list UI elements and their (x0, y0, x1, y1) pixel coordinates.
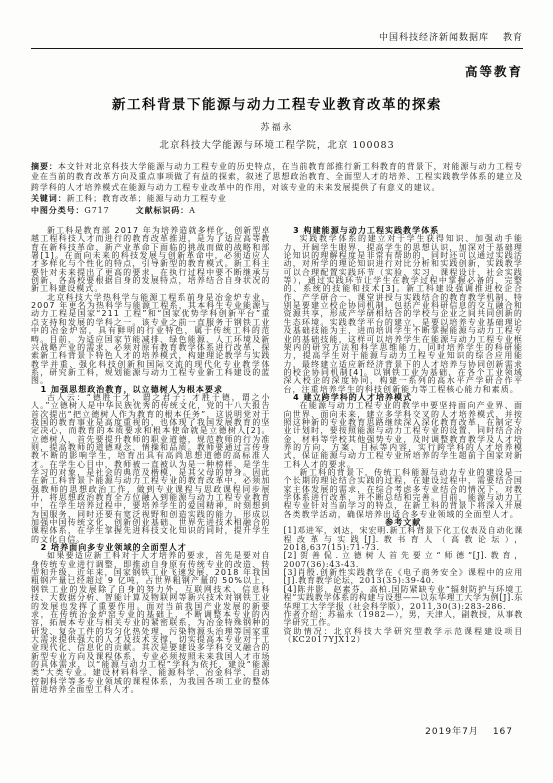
abstract-text: 本文针对北京科技大学能源与动力工程专业的历史特点，在当前教育部推行新工科教育的背… (31, 162, 523, 192)
classification-line: 中图分类号：G717文献标识码：A (31, 205, 523, 216)
keywords-text: 新工科；教育改革；能源与动力工程专业 (67, 194, 227, 203)
abstract-label: 摘要： (31, 161, 58, 171)
body-paragraph: 新工科是教育部 2017 年为培养造就多样化、创新型卓越工程科技人才而进行的教育… (31, 227, 271, 294)
body-paragraph: 古人云：“德胜于才，谓之君子；才胜于德，谓之小人。”立德树人是中华民族优秀的传统… (31, 394, 271, 544)
clc-label: 中图分类号： (31, 205, 84, 215)
body-paragraph: 在能源与动力工程专业的教学中要坚持面向产业界、面向世界、面向未来，建立多学科交叉… (284, 402, 524, 469)
left-column: 新工科是教育部 2017 年为培养造就多样化、创新型卓越工程科技人才而进行的教育… (31, 227, 271, 694)
keywords: 关键词：新工科；教育改革；能源与动力工程专业 (31, 193, 523, 204)
body-paragraph: 北京科技大学热科学与能源工程系前身是冶金炉专业，2007 年更名为热科学与能源工… (31, 294, 271, 386)
reference-item: [1]邓进军，刘达，宋宏明.新工科背景下化工仪表及自动化课程改革与实践[J].教… (284, 527, 524, 552)
database-label: 中国科技经济新闻数据库 (379, 33, 489, 43)
doc-code-value: A (189, 206, 196, 215)
body-paragraph: 实践教学体系的建立对于学生获得知识、加强动手能力、开阔学生眼界，提高学生的思想认… (284, 235, 524, 394)
body-paragraph: 新工科的背景下，传统工科能源与动力专业的建设是一个长期的理论结合实践的过程，在建… (284, 469, 524, 519)
meta-block: 摘要：本文针对北京科技大学能源与动力工程专业的历史特点，在当前教育部推行新工科教… (31, 161, 523, 216)
body-columns: 新工科是教育部 2017 年为培养造就多样化、创新型卓越工程科技人才而进行的教育… (31, 227, 523, 694)
category-label: 教育 (503, 33, 523, 43)
section-label: 高等教育 (31, 62, 523, 80)
author-name: 苏福永 (31, 120, 523, 133)
issue-date: 2019年7月 (425, 727, 479, 737)
body-paragraph: 如果要适应新工科对于人才培养的要求，首先是要对自身传统专业进行调整，即推动自身原… (31, 552, 271, 694)
reference-item: [3]肖殷.创新性实践教学在《电子商务安全》课程中的应用[J].教育教学论坛，2… (284, 569, 524, 586)
right-column: 3 构建能源与动力工程实践教学体系 实践教学体系的建立对于学生获得知识、加强动手… (284, 227, 524, 694)
running-head: 中国科技经济新闻数据库教育 (31, 30, 523, 43)
affiliation: 北京科技大学能源与环境工程学院，北京 100083 (31, 137, 523, 151)
keywords-label: 关键词： (31, 193, 67, 203)
reference-item: [2]贺善侃.立德树人首先要立“师德”[J].教育，2007(36):43-43… (284, 552, 524, 569)
abstract: 摘要：本文针对北京科技大学能源与动力工程专业的历史特点，在当前教育部推行新工科教… (31, 161, 523, 193)
paper-title: 新工科背景下能源与动力工程专业教育改革的探索 (31, 93, 523, 113)
author-bio: 作者介绍：苏福永（1982—），男，天津人，副教授，从事教学研究工作。 (284, 611, 524, 628)
funding-note: 资助情况：北京科技大学研究型教学示范课程建设项目（KC2017YJX12） (284, 628, 524, 645)
journal-page: 中国科技经济新闻数据库教育 高等教育 新工科背景下能源与动力工程专业教育改革的探… (0, 0, 553, 783)
doc-code-label: 文献标识码： (136, 205, 189, 215)
reference-item: [4]陈井影，赵素芬，高柏.国防紧缺专业“辐射防护与环境工程”实践教学体系的构建… (284, 586, 524, 611)
page-number: 167 (493, 727, 513, 737)
header-rule (31, 48, 523, 49)
clc-value: G717 (84, 206, 109, 215)
page-footer: 2019年7月167 (425, 724, 513, 737)
